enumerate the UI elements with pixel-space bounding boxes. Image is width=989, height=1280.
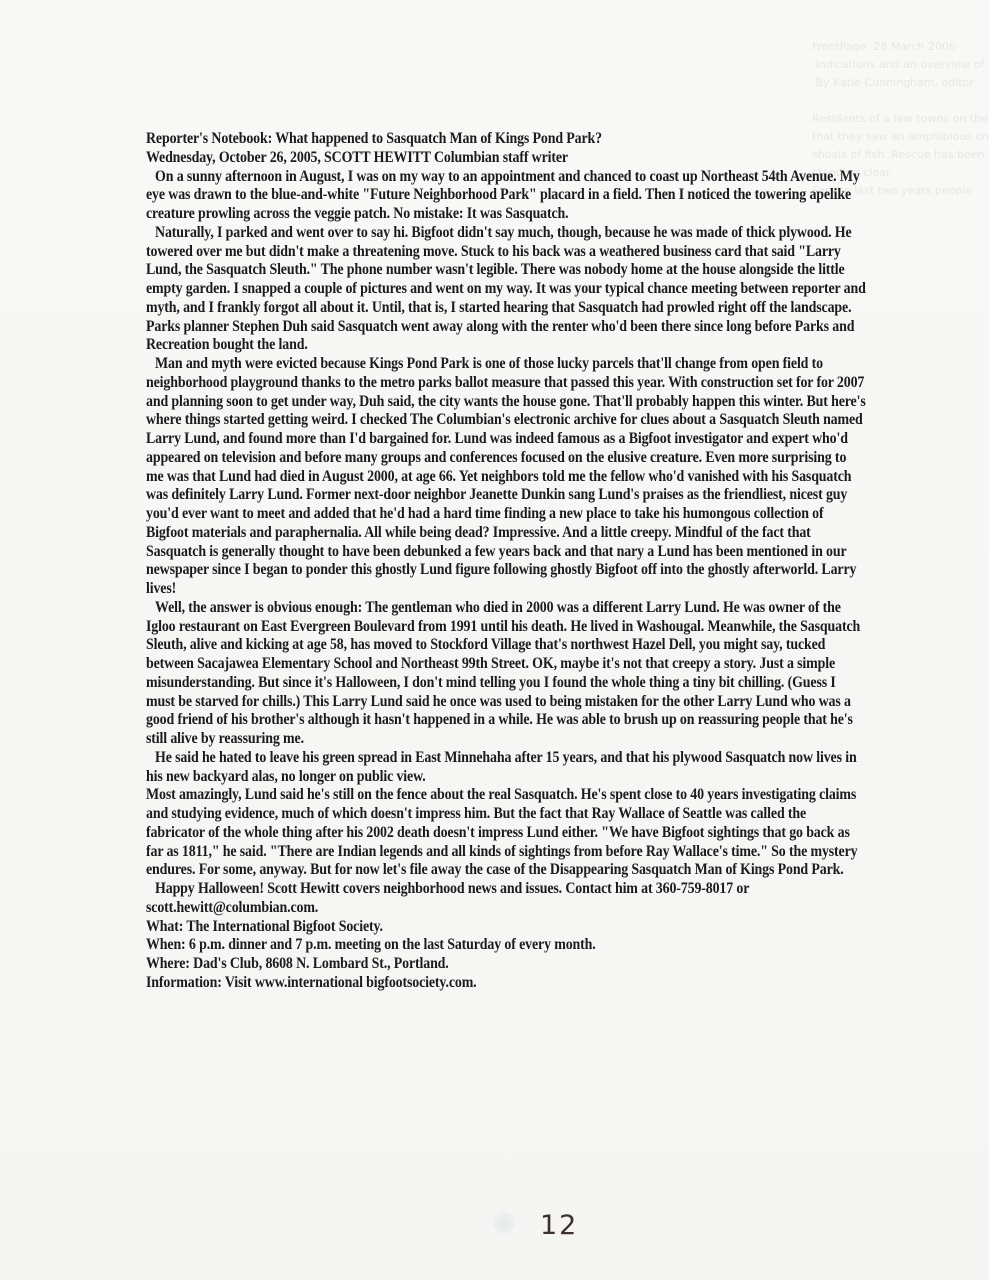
event-information: Information: Visit www.international big… bbox=[146, 974, 866, 993]
article-paragraph: He said he hated to leave his green spre… bbox=[146, 749, 866, 787]
scan-smudge bbox=[492, 1212, 516, 1234]
article-paragraph: On a sunny afternoon in August, I was on… bbox=[146, 168, 866, 224]
scanned-page: FrontPage 28 March 2006 Indications and … bbox=[0, 0, 989, 1280]
article-headline: Reporter's Notebook: What happened to Sa… bbox=[146, 130, 866, 149]
handwritten-page-number: 12 bbox=[540, 1210, 578, 1241]
article-paragraph-contact: Happy Halloween! Scott Hewitt covers nei… bbox=[146, 880, 866, 918]
article-paragraph: Most amazingly, Lund said he's still on … bbox=[146, 786, 866, 880]
event-when: When: 6 p.m. dinner and 7 p.m. meeting o… bbox=[146, 936, 866, 955]
article-paragraph: Man and myth were evicted because Kings … bbox=[146, 355, 866, 599]
article-paragraph: Naturally, I parked and went over to say… bbox=[146, 224, 866, 355]
article: Reporter's Notebook: What happened to Sa… bbox=[146, 130, 866, 993]
event-where: Where: Dad's Club, 8608 N. Lombard St., … bbox=[146, 955, 866, 974]
article-dateline: Wednesday, October 26, 2005, SCOTT HEWIT… bbox=[146, 149, 866, 168]
article-paragraph: Well, the answer is obvious enough: The … bbox=[146, 599, 866, 749]
event-what: What: The International Bigfoot Society. bbox=[146, 918, 866, 937]
